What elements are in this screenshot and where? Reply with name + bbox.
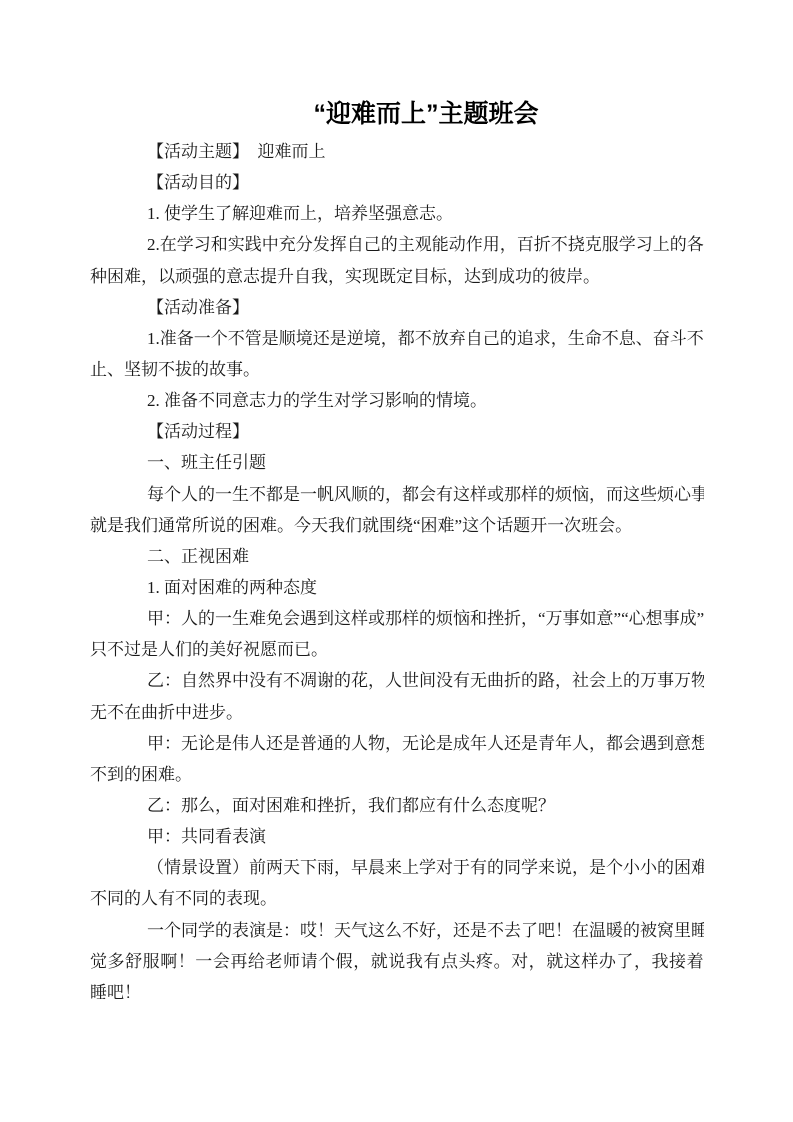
text-line: 甲：无论是伟人还是普通的人物，无论是成年人还是青年人，都会遇到意想 <box>90 728 704 759</box>
text-line: 【活动主题】 迎难而上 <box>90 136 704 167</box>
text-line: 不到的困难。 <box>90 759 704 790</box>
text-line: 【活动准备】 <box>90 292 704 323</box>
text-line: 2. 准备不同意志力的学生对学习影响的情境。 <box>90 385 704 416</box>
text-line: 1. 准备一个不管是顺境还是逆境，都不放弃自己的追求，生命不息、奋斗不 <box>90 323 704 354</box>
text-line: 只不过是人们的美好祝愿而已。 <box>90 634 704 665</box>
text-line: 【活动目的】 <box>90 167 704 198</box>
text-line: 【活动过程】 <box>90 416 704 447</box>
text-line: 甲：人的一生难免会遇到这样或那样的烦恼和挫折，“万事如意”“心想事成” <box>90 603 704 634</box>
text-line: 不同的人有不同的表现。 <box>90 883 704 914</box>
text-line: 1. 使学生了解迎难而上，培养坚强意志。 <box>90 198 704 229</box>
text-line: 2. 在学习和实践中充分发挥自己的主观能动作用，百折不挠克服学习上的各 <box>90 229 704 260</box>
text-line: 每个人的一生不都是一帆风顺的，都会有这样或那样的烦恼，而这些烦心事 <box>90 479 704 510</box>
document-page: “迎难而上”主题班会 【活动主题】 迎难而上【活动目的】1. 使学生了解迎难而上… <box>0 0 793 1122</box>
text-line: 种困难，以顽强的意志提升自我，实现既定目标，达到成功的彼岸。 <box>90 261 704 292</box>
text-line: （情景设置）前两天下雨，早晨来上学对于有的同学来说，是个小小的困难， <box>90 852 704 883</box>
text-line: 二、正视困难 <box>90 541 704 572</box>
text-line: 睡吧！ <box>90 977 704 1008</box>
text-line: 觉多舒服啊！一会再给老师请个假，就说我有点头疼。对，就这样办了，我接着 <box>90 946 704 977</box>
text-line: 甲：共同看表演 <box>90 821 704 852</box>
text-line: 1. 面对困难的两种态度 <box>90 572 704 603</box>
document-title: “迎难而上”主题班会 <box>90 96 704 132</box>
text-line: 就是我们通常所说的困难。今天我们就围绕“困难”这个话题开一次班会。 <box>90 510 704 541</box>
text-line: 一个同学的表演是：哎！天气这么不好，还是不去了吧！在温暖的被窝里睡 <box>90 915 704 946</box>
text-line: 止、坚韧不拔的故事。 <box>90 354 704 385</box>
text-line: 无不在曲折中进步。 <box>90 697 704 728</box>
document-body: 【活动主题】 迎难而上【活动目的】1. 使学生了解迎难而上，培养坚强意志。2. … <box>90 136 704 1008</box>
text-line: 乙：自然界中没有不凋谢的花，人世间没有无曲折的路，社会上的万事万物， <box>90 665 704 696</box>
text-line: 一、班主任引题 <box>90 447 704 478</box>
text-line: 乙：那么，面对困难和挫折，我们都应有什么态度呢？ <box>90 790 704 821</box>
